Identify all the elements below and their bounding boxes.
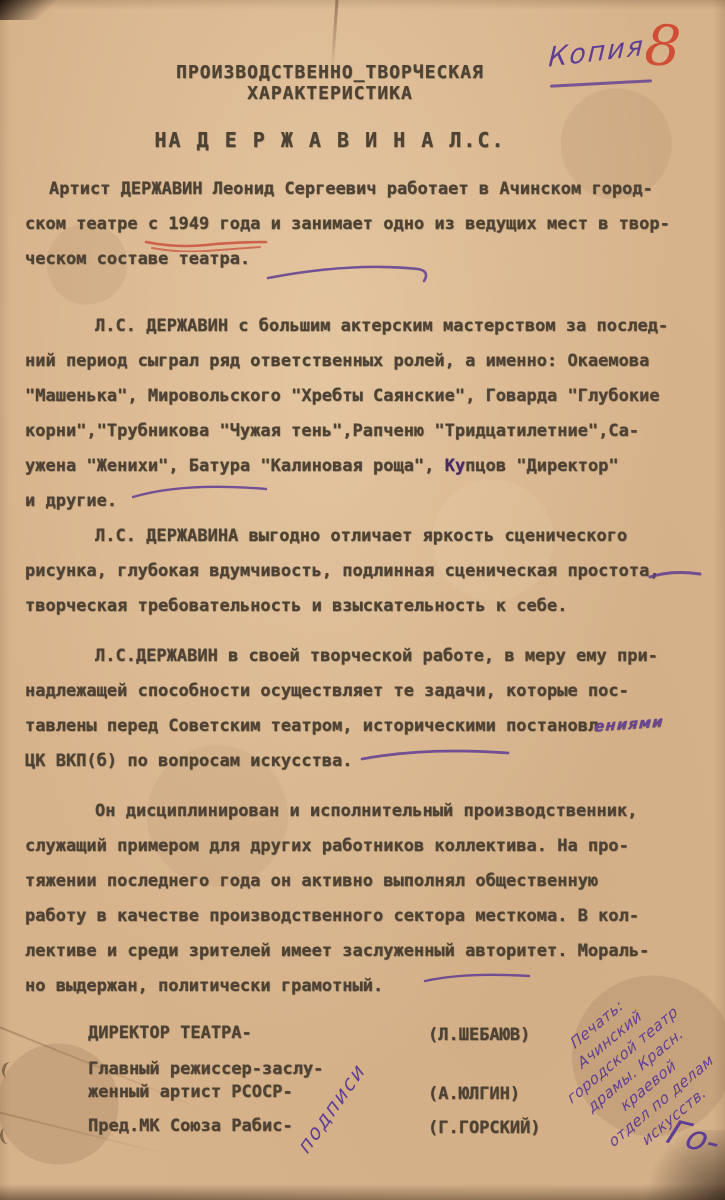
- document-title: ПРОИЗВОДСТВЕННО_ТВОРЧЕСКАЯ ХАРАКТЕРИСТИК…: [0, 62, 660, 151]
- text-line: тяжении последнего года он активно выпол…: [25, 864, 705, 899]
- underlined-year: с 1949 года: [148, 207, 261, 242]
- signature-title-line: Главный режиссер-заслу-: [88, 1058, 428, 1081]
- red-pen-underline: [144, 238, 270, 252]
- text-line: корни","Трубникова "Чужая тень",Рапченю …: [25, 414, 705, 449]
- title-subject: НА Д Е Р Ж А В И Н А Л.С.: [0, 130, 660, 151]
- paragraph-3: Л.С. ДЕРЖАВИНА выгодно отличает яркость …: [25, 519, 705, 624]
- stray-pen-mark: [0, 1127, 14, 1145]
- text-line: и другие.: [25, 484, 705, 519]
- paragraph-4: Л.С.ДЕРЖАВИН в своей творческой работе, …: [25, 639, 705, 779]
- text-line: ужена "Женихи", Батура "Калиновая роща",…: [25, 449, 705, 484]
- handwritten-word-ending: ениями: [593, 704, 665, 744]
- text-segment: пцов "Директор": [465, 456, 619, 476]
- text-line: служащий примером для других работников …: [25, 829, 705, 864]
- text-line: но выдержан, политически грамотный.: [25, 969, 705, 1004]
- text-line: Л.С.ДЕРЖАВИН в своей творческой работе, …: [25, 639, 705, 674]
- stray-pen-mark: [0, 1061, 16, 1080]
- text-segment: и занимает одно из ведущих мест в твор-: [260, 214, 669, 234]
- text-line: рисунка, глубокая вдумчивость, подлинная…: [25, 554, 705, 589]
- title-line-1: ПРОИЗВОДСТВЕННО_ТВОРЧЕСКАЯ: [0, 62, 660, 83]
- text-line: работу в качестве производственного сект…: [25, 899, 705, 934]
- pen-corrected-letters: Ку: [445, 456, 465, 476]
- text-line: ском театре с 1949 года и занимает одно …: [25, 207, 705, 242]
- text-line: Он дисциплинирован и исполнительный прои…: [25, 794, 705, 829]
- signature-title: ДИРЕКТОР ТЕАТРА-: [88, 1022, 428, 1045]
- title-line-2: ХАРАКТЕРИСТИКА: [0, 83, 660, 104]
- paragraph-2: Л.С. ДЕРЖАВИН с большим актерским мастер…: [25, 309, 705, 519]
- text-line: лективе и среди зрителей имеет заслуженн…: [25, 934, 705, 969]
- document-page: Копия. 8 ПРОИЗВОДСТВЕННО_ТВОРЧЕСКАЯ ХАРА…: [0, 0, 725, 1200]
- text-line: ЦК ВКП(б) по вопросам искусства.: [25, 744, 705, 779]
- paragraph-1: Артист ДЕРЖАВИН Леонид Сергеевич работае…: [25, 172, 705, 277]
- document-body: Артист ДЕРЖАВИН Леонид Сергеевич работае…: [25, 172, 705, 1004]
- text-line: "Машенька", Мировольского "Хребты Саянск…: [25, 379, 705, 414]
- signature-title: Пред.МК Союза Рабис-: [88, 1115, 428, 1138]
- page-corner-shadow-top-left: [0, 0, 70, 20]
- text-line: Л.С. ДЕРЖАВИНА выгодно отличает яркость …: [25, 519, 705, 554]
- signature-row-director: ДИРЕКТОР ТЕАТРА- (Л.ШЕБАЮВ): [88, 1022, 600, 1045]
- text-line: тавлены перед Советским театром, историч…: [25, 709, 705, 744]
- text-line: ческом составе театра.: [25, 242, 705, 277]
- text-segment: ужена "Женихи", Батура "Калиновая роща",: [25, 456, 445, 476]
- text-line: Артист ДЕРЖАВИН Леонид Сергеевич работае…: [25, 172, 705, 207]
- signature-title-line: женный артист РСОСР-: [88, 1081, 428, 1104]
- text-line: ний период сыграл ряд ответственных роле…: [25, 344, 705, 379]
- signature-row-union-chair: Пред.МК Союза Рабис- (Г.ГОРСКИЙ): [88, 1115, 600, 1138]
- text-segment: ском театре: [25, 214, 148, 234]
- text-line: надлежащей способности осуществляет те з…: [25, 674, 705, 709]
- text-segment: тавлены перед Советским театром, историч…: [25, 716, 598, 736]
- signature-title: Главный режиссер-заслу-женный артист РСО…: [88, 1058, 428, 1104]
- paragraph-5: Он дисциплинирован и исполнительный прои…: [25, 794, 705, 1004]
- text-line: творческая требовательность и взыскатель…: [25, 589, 705, 624]
- year-text: с 1949 года: [148, 214, 261, 234]
- text-line: Л.С. ДЕРЖАВИН с большим актерским мастер…: [25, 309, 705, 344]
